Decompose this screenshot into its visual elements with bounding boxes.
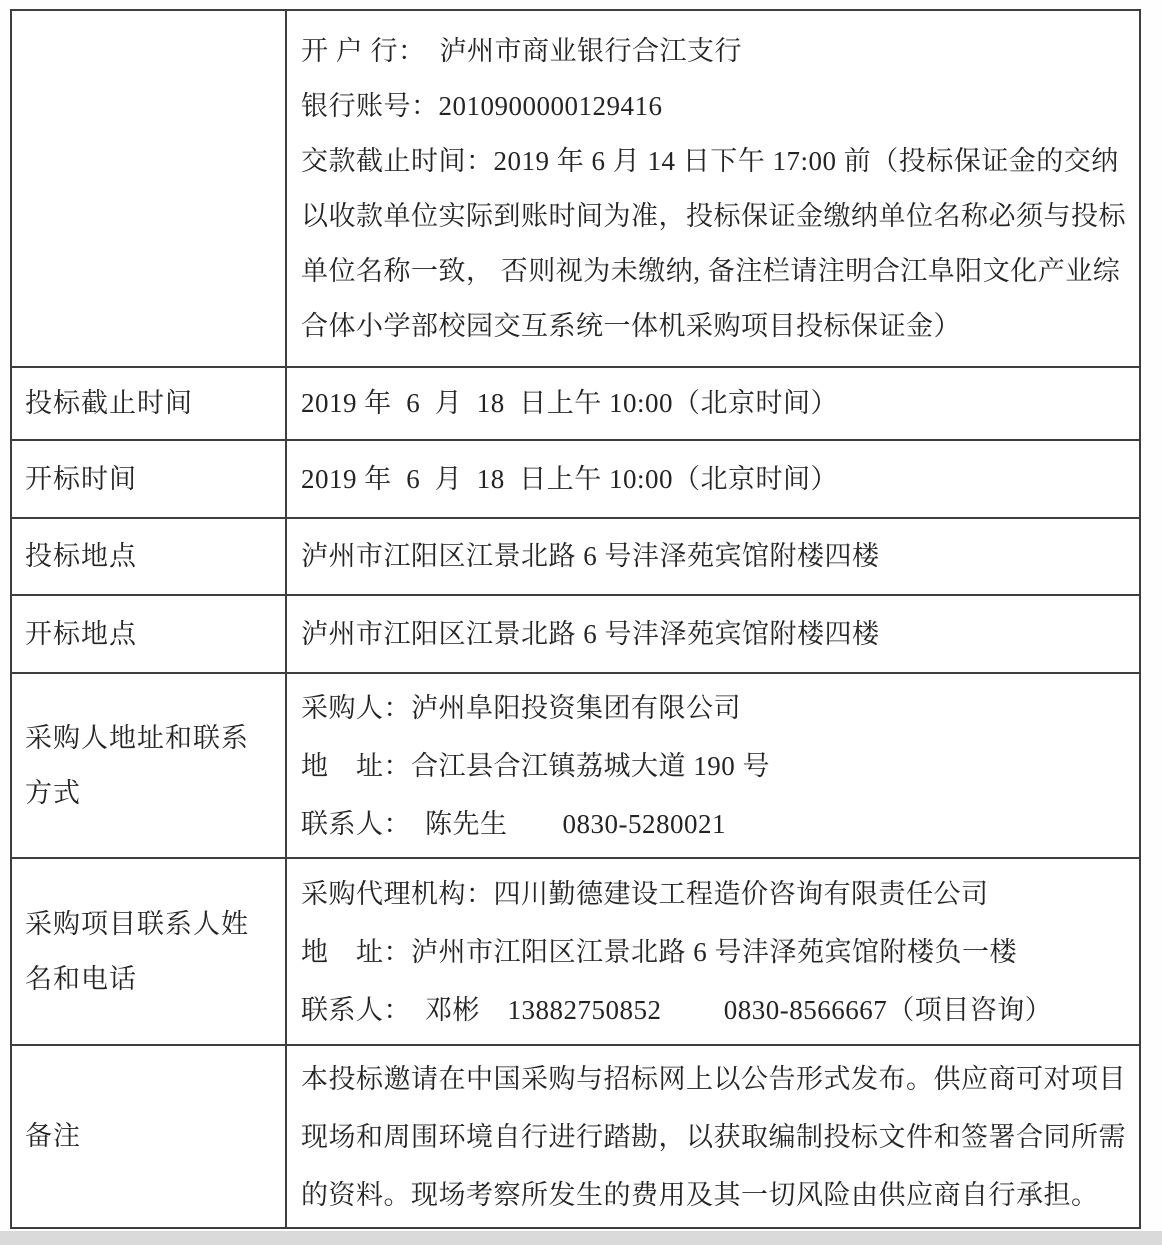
purchaser-address-line: 地 址：合江县合江镇荔城大道 190 号 [301,737,1135,795]
row-value-cell: 开 户 行： 泸州市商业银行合江支行 银行账号：2010900000129416… [287,11,1139,366]
row-label-cell: 开标时间 [12,441,287,517]
row-value-cell: 泸州市江阳区江景北路 6 号沣泽苑宾馆附楼四楼 [287,596,1139,672]
row-label-cell-empty [12,11,287,366]
table-row-bank-deposit-info: 开 户 行： 泸州市商业银行合江支行 银行账号：2010900000129416… [12,11,1139,366]
table-row-bid-opening-location: 开标地点 泸州市江阳区江景北路 6 号沣泽苑宾馆附楼四楼 [12,594,1139,672]
bank-account-line: 银行账号：2010900000129416 [301,79,1135,134]
row-label-cell: 备注 [12,1046,287,1227]
row-label: 采购人地址和联系方式 [25,711,275,821]
purchaser-contact-line: 联系人： 陈先生 0830-5280021 [301,795,1135,853]
row-value-cell: 采购代理机构：四川勤德建设工程造价咨询有限责任公司 地 址：泸州市江阳区江景北路… [287,859,1139,1044]
agency-contact-line: 联系人： 邓彬 13882750852 0830-8566667（项目咨询） [301,981,1135,1039]
row-label: 开标地点 [25,607,275,662]
payment-deadline-line: 交款截止时间：2019 年 6 月 14 日下午 17:00 前（投标保证金的交… [301,134,1135,189]
deposit-note-line-1: 以收款单位实际到账时间为准，投标保证金缴纳单位名称必须与投标 [301,189,1135,244]
remarks-line-3: 的资料。现场考察所发生的费用及其一切风险由供应商自行承担。 [301,1166,1135,1224]
table-row-remarks: 备注 本投标邀请在中国采购与招标网上以公告形式发布。供应商可对项目 现场和周围环… [12,1044,1139,1227]
table-row-purchaser-contact: 采购人地址和联系方式 采购人：泸州阜阳投资集团有限公司 地 址：合江县合江镇荔城… [12,672,1139,857]
row-value-cell: 2019 年 6 月 18 日上午 10:00（北京时间） [287,368,1139,439]
agency-address-line: 地 址：泸州市江阳区江景北路 6 号沣泽苑宾馆附楼负一楼 [301,923,1135,981]
purchaser-name-line: 采购人：泸州阜阳投资集团有限公司 [301,679,1135,737]
row-label-cell: 投标地点 [12,519,287,594]
scan-page-bottom-shadow [0,1231,1162,1245]
deposit-note-line-2: 单位名称一致， 否则视为未缴纳, 备注栏请注明合江阜阳文化产业综 [301,244,1135,299]
table-row-agency-contact: 采购项目联系人姓名和电话 采购代理机构：四川勤德建设工程造价咨询有限责任公司 地… [12,857,1139,1044]
row-label: 备注 [25,1109,275,1164]
row-label: 投标地点 [25,529,275,584]
bid-opening-location-value: 泸州市江阳区江景北路 6 号沣泽苑宾馆附楼四楼 [301,607,1135,662]
row-label-cell: 采购人地址和联系方式 [12,674,287,857]
bid-opening-time-value: 2019 年 6 月 18 日上午 10:00（北京时间） [301,452,1135,507]
table-row-bid-location: 投标地点 泸州市江阳区江景北路 6 号沣泽苑宾馆附楼四楼 [12,517,1139,594]
row-value-cell: 2019 年 6 月 18 日上午 10:00（北京时间） [287,441,1139,517]
table-row-bid-opening-time: 开标时间 2019 年 6 月 18 日上午 10:00（北京时间） [12,439,1139,517]
deposit-note-line-3: 合体小学部校园交互系统一体机采购项目投标保证金） [301,299,1135,354]
row-label-cell: 投标截止时间 [12,368,287,439]
row-value-cell: 采购人：泸州阜阳投资集团有限公司 地 址：合江县合江镇荔城大道 190 号 联系… [287,674,1139,857]
row-label-cell: 开标地点 [12,596,287,672]
row-label: 投标截止时间 [25,376,275,431]
bid-deadline-value: 2019 年 6 月 18 日上午 10:00（北京时间） [301,376,1135,431]
row-label: 采购项目联系人姓名和电话 [25,897,275,1007]
row-value-cell: 本投标邀请在中国采购与招标网上以公告形式发布。供应商可对项目 现场和周围环境自行… [287,1046,1139,1227]
remarks-line-2: 现场和周围环境自行进行踏勘，以获取编制投标文件和签署合同所需 [301,1108,1135,1166]
row-label-cell: 采购项目联系人姓名和电话 [12,859,287,1044]
agency-name-line: 采购代理机构：四川勤德建设工程造价咨询有限责任公司 [301,865,1135,923]
bid-location-value: 泸州市江阳区江景北路 6 号沣泽苑宾馆附楼四楼 [301,529,1135,584]
scanned-document-page: 开 户 行： 泸州市商业银行合江支行 银行账号：2010900000129416… [0,0,1162,1245]
remarks-line-1: 本投标邀请在中国采购与招标网上以公告形式发布。供应商可对项目 [301,1050,1135,1108]
bank-branch-line: 开 户 行： 泸州市商业银行合江支行 [301,24,1135,79]
table-row-bid-deadline: 投标截止时间 2019 年 6 月 18 日上午 10:00（北京时间） [12,366,1139,439]
bid-invitation-table: 开 户 行： 泸州市商业银行合江支行 银行账号：2010900000129416… [10,9,1141,1229]
row-label: 开标时间 [25,452,275,507]
row-value-cell: 泸州市江阳区江景北路 6 号沣泽苑宾馆附楼四楼 [287,519,1139,594]
